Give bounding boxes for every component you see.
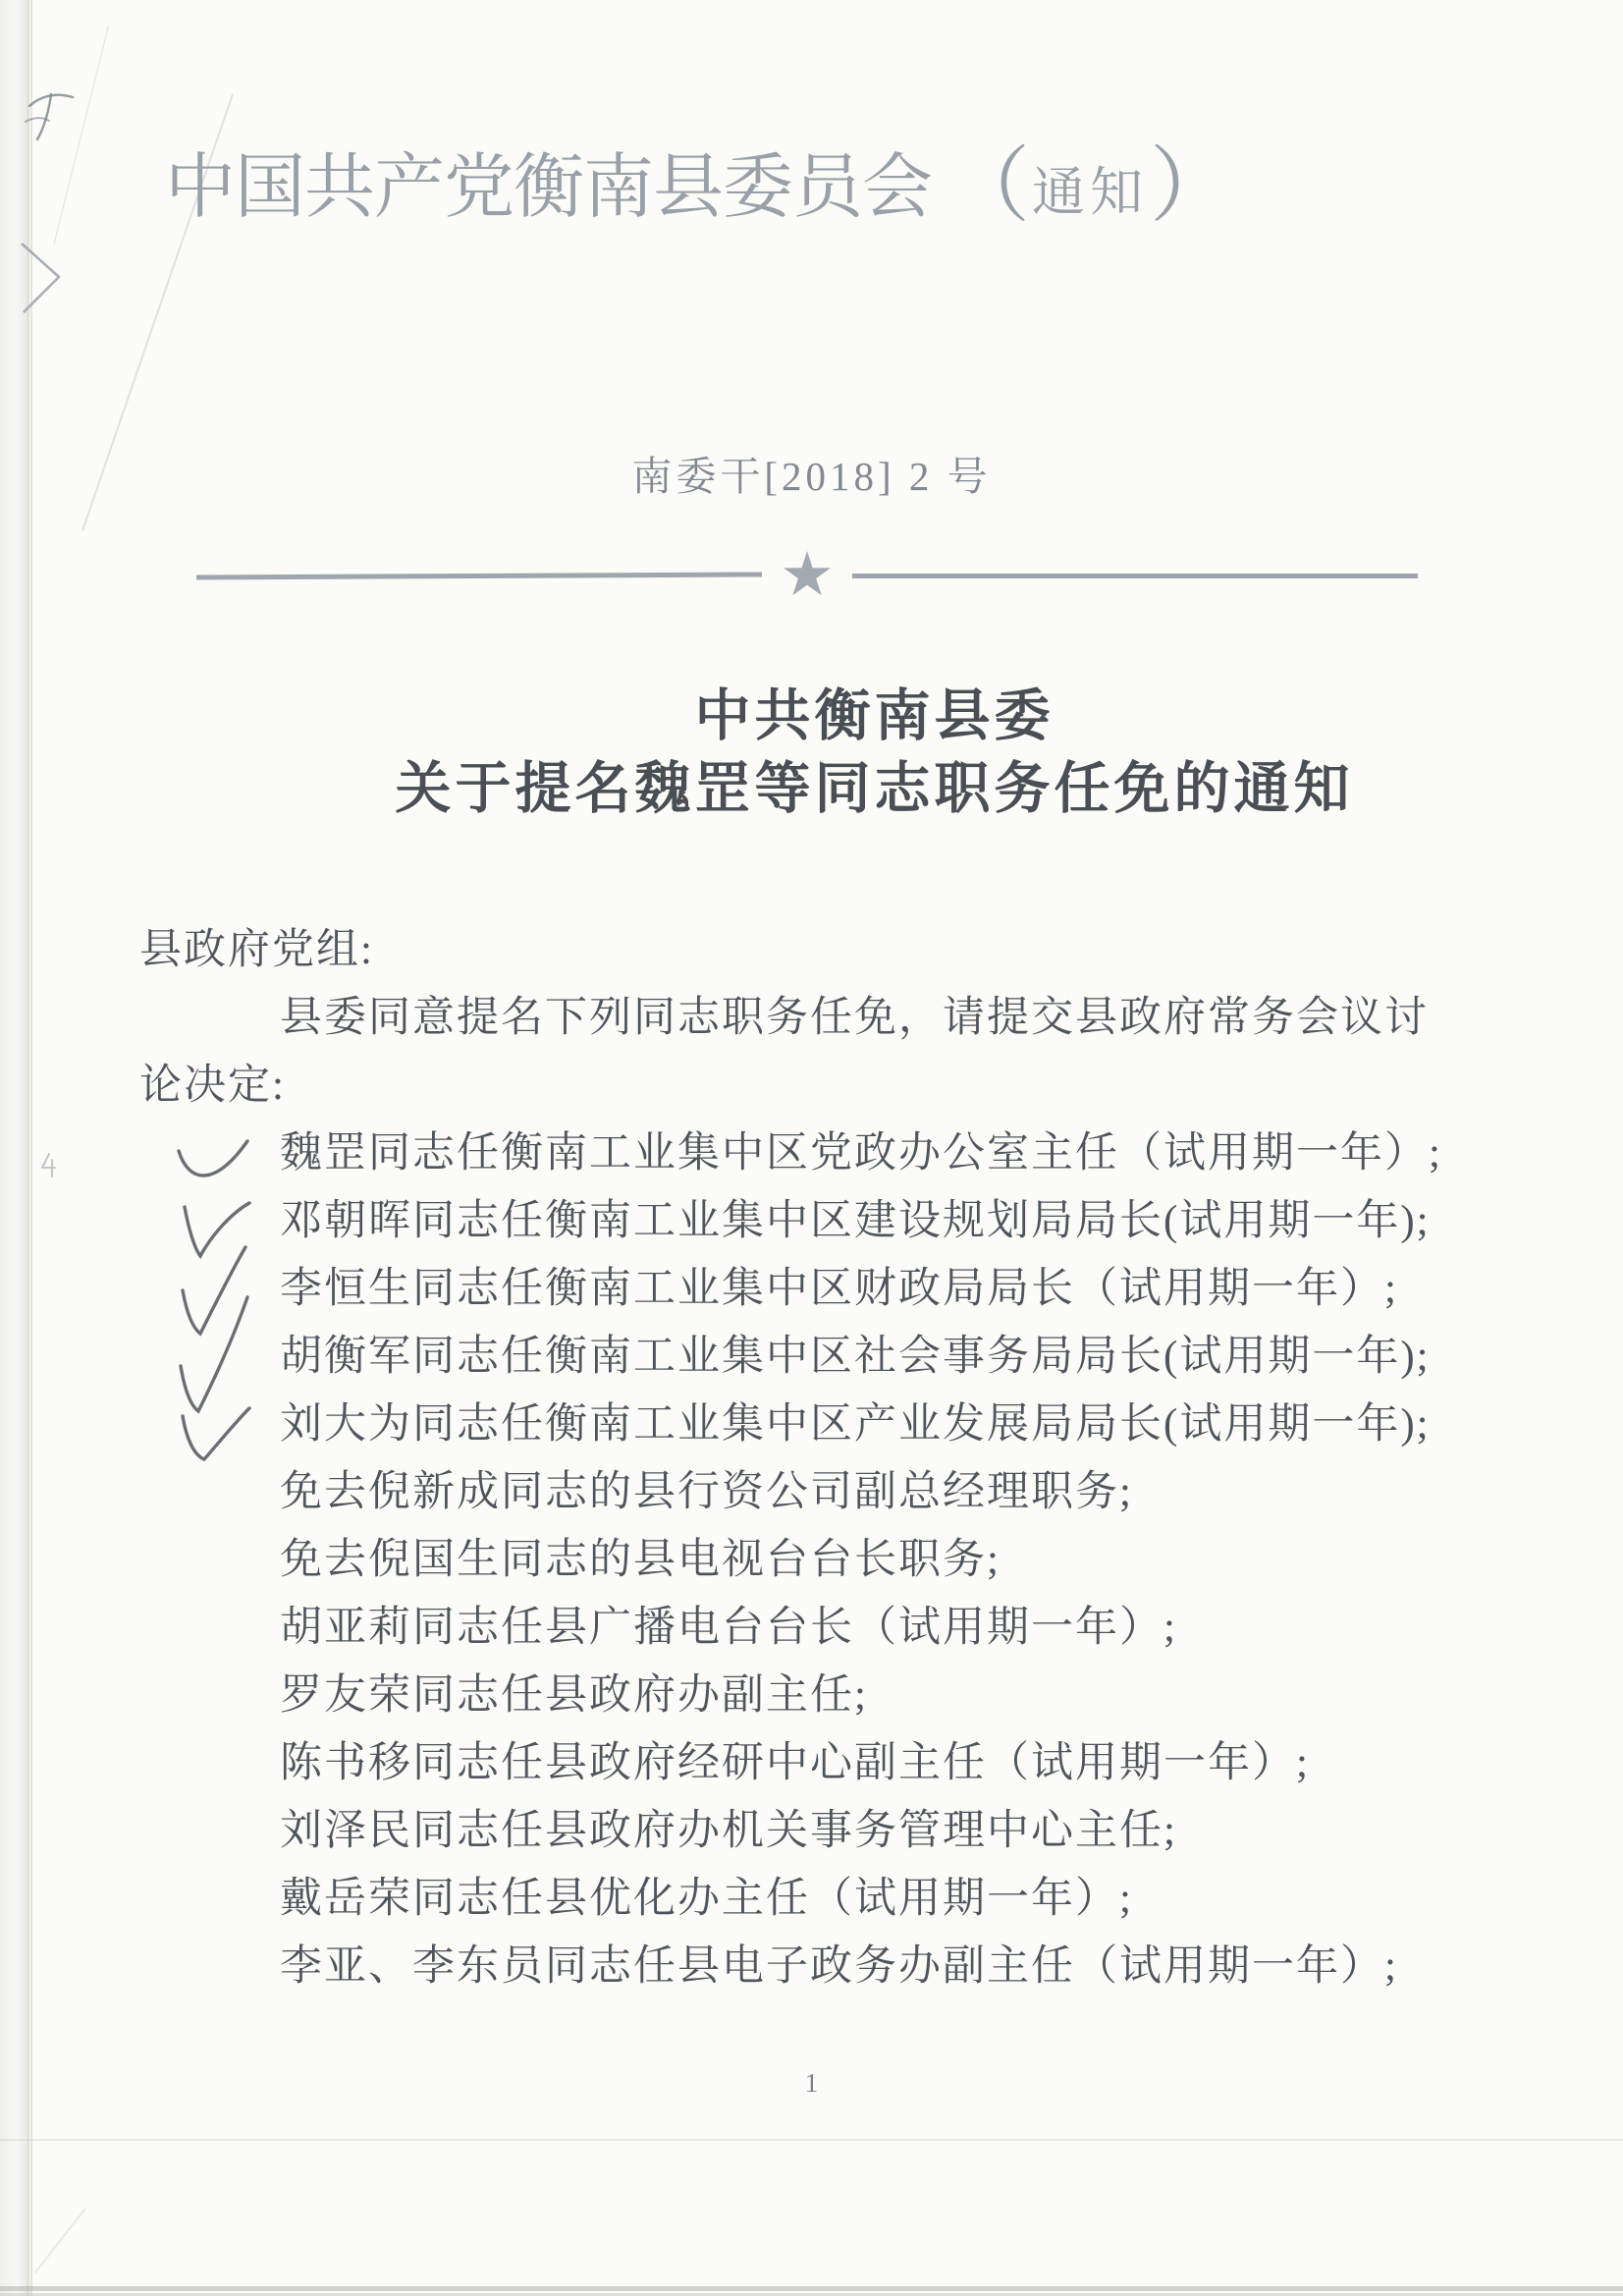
item-text: 刘泽民同志任县政府办机关事务管理中心主任;	[280, 1808, 1177, 1854]
doc-type-label: 通知	[1032, 150, 1148, 226]
document-title: 中共衡南县委 关于提名魏罡等同志职务任免的通知	[126, 680, 1623, 825]
document-body: 县政府党组: 县委同意提名下列同志职务任免，请提交县政府常务会议讨 论决定: 魏…	[139, 916, 1593, 2000]
doc-number: 南委干[2018] 2 号	[0, 444, 1623, 502]
list-item: 戴岳荣同志任县优化办主任（试用期一年）;	[139, 1865, 1593, 1933]
star-divider: ★	[196, 546, 1418, 605]
doc-type-paren: （ 通知 ）	[947, 146, 1232, 229]
scanned-document-page: 中国共产党衡南县委员会 （ 通知 ） 南委干[2018] 2 号 ★ 中共衡南县…	[0, 0, 1623, 2296]
item-text: 李亚、李东员同志任县电子政务办副主任（试用期一年）;	[280, 1943, 1398, 1990]
item-text: 免去倪国生同志的县电视台台长职务;	[280, 1537, 1001, 1583]
item-text: 刘大为同志任衡南工业集中区产业发展局局长(试用期一年);	[280, 1401, 1431, 1448]
list-item: 罗友荣同志任县政府办副主任;	[139, 1662, 1593, 1729]
list-item: 魏罡同志任衡南工业集中区党政办公室主任（试用期一年）;	[139, 1120, 1593, 1187]
item-text: 戴岳荣同志任县优化办主任（试用期一年）;	[280, 1876, 1133, 1922]
star-icon: ★	[780, 546, 835, 605]
item-text: 胡亚莉同志任县广播电台台长（试用期一年）;	[280, 1605, 1177, 1651]
list-item: 刘大为同志任衡南工业集中区产业发展局局长(试用期一年);	[139, 1391, 1593, 1458]
salutation: 县政府党组:	[139, 916, 1593, 984]
divider-line-right	[852, 574, 1418, 578]
issuing-org-title: 中国共产党衡南县委员会	[165, 145, 932, 230]
item-text: 李恒生同志任衡南工业集中区财政局局长（试用期一年）;	[280, 1266, 1398, 1312]
left-scan-line	[30, 0, 32, 2296]
title-line-1: 中共衡南县委	[126, 680, 1623, 752]
list-item: 胡衡军同志任衡南工业集中区社会事务局局长(试用期一年);	[139, 1323, 1593, 1391]
intro-paragraph-line: 县委同意提名下列同志职务任免，请提交县政府常务会议讨	[139, 984, 1593, 1052]
list-item: 免去倪新成同志的县行资公司副总经理职务;	[139, 1458, 1593, 1526]
item-text: 胡衡军同志任衡南工业集中区社会事务局局长(试用期一年);	[280, 1334, 1431, 1380]
list-item: 免去倪国生同志的县电视台台长职务;	[139, 1526, 1593, 1594]
margin-scribble-mark	[22, 86, 84, 149]
list-item: 邓朝晖同志任衡南工业集中区建设规划局局长(试用期一年);	[139, 1187, 1593, 1255]
intro-paragraph-line: 论决定:	[139, 1052, 1593, 1120]
list-item: 陈书移同志任县政府经研中心副主任（试用期一年）;	[139, 1729, 1593, 1797]
margin-small-mark	[39, 1151, 63, 1180]
list-item: 李亚、李东员同志任县电子政务办副主任（试用期一年）;	[139, 1933, 1593, 2000]
item-text: 陈书移同志任县政府经研中心副主任（试用期一年）;	[280, 1740, 1310, 1786]
bottom-scan-edge	[0, 2286, 1623, 2291]
page-number: 1	[0, 2068, 1623, 2099]
paren-close: ）	[1150, 146, 1232, 229]
divider-line-left	[196, 572, 762, 579]
item-text: 魏罡同志任衡南工业集中区党政办公室主任（试用期一年）;	[280, 1130, 1442, 1176]
item-text: 免去倪新成同志的县行资公司副总经理职务;	[280, 1469, 1133, 1515]
list-item: 李恒生同志任衡南工业集中区财政局局长（试用期一年）;	[139, 1255, 1593, 1323]
list-item: 刘泽民同志任县政府办机关事务管理中心主任;	[139, 1797, 1593, 1865]
paren-open: （	[947, 146, 1030, 229]
fold-line	[33, 2208, 85, 2273]
document-header: 中国共产党衡南县委员会 （ 通知 ）	[165, 145, 1232, 230]
item-text: 罗友荣同志任县政府办副主任;	[280, 1672, 868, 1719]
left-scan-edge	[0, 0, 29, 2296]
list-item: 胡亚莉同志任县广播电台台长（试用期一年）;	[139, 1594, 1593, 1662]
scan-streak	[0, 2139, 1623, 2141]
margin-chevron-mark	[18, 242, 65, 316]
item-text: 邓朝晖同志任衡南工业集中区建设规划局局长(试用期一年);	[280, 1198, 1431, 1244]
title-line-2: 关于提名魏罡等同志职务任免的通知	[126, 752, 1623, 825]
